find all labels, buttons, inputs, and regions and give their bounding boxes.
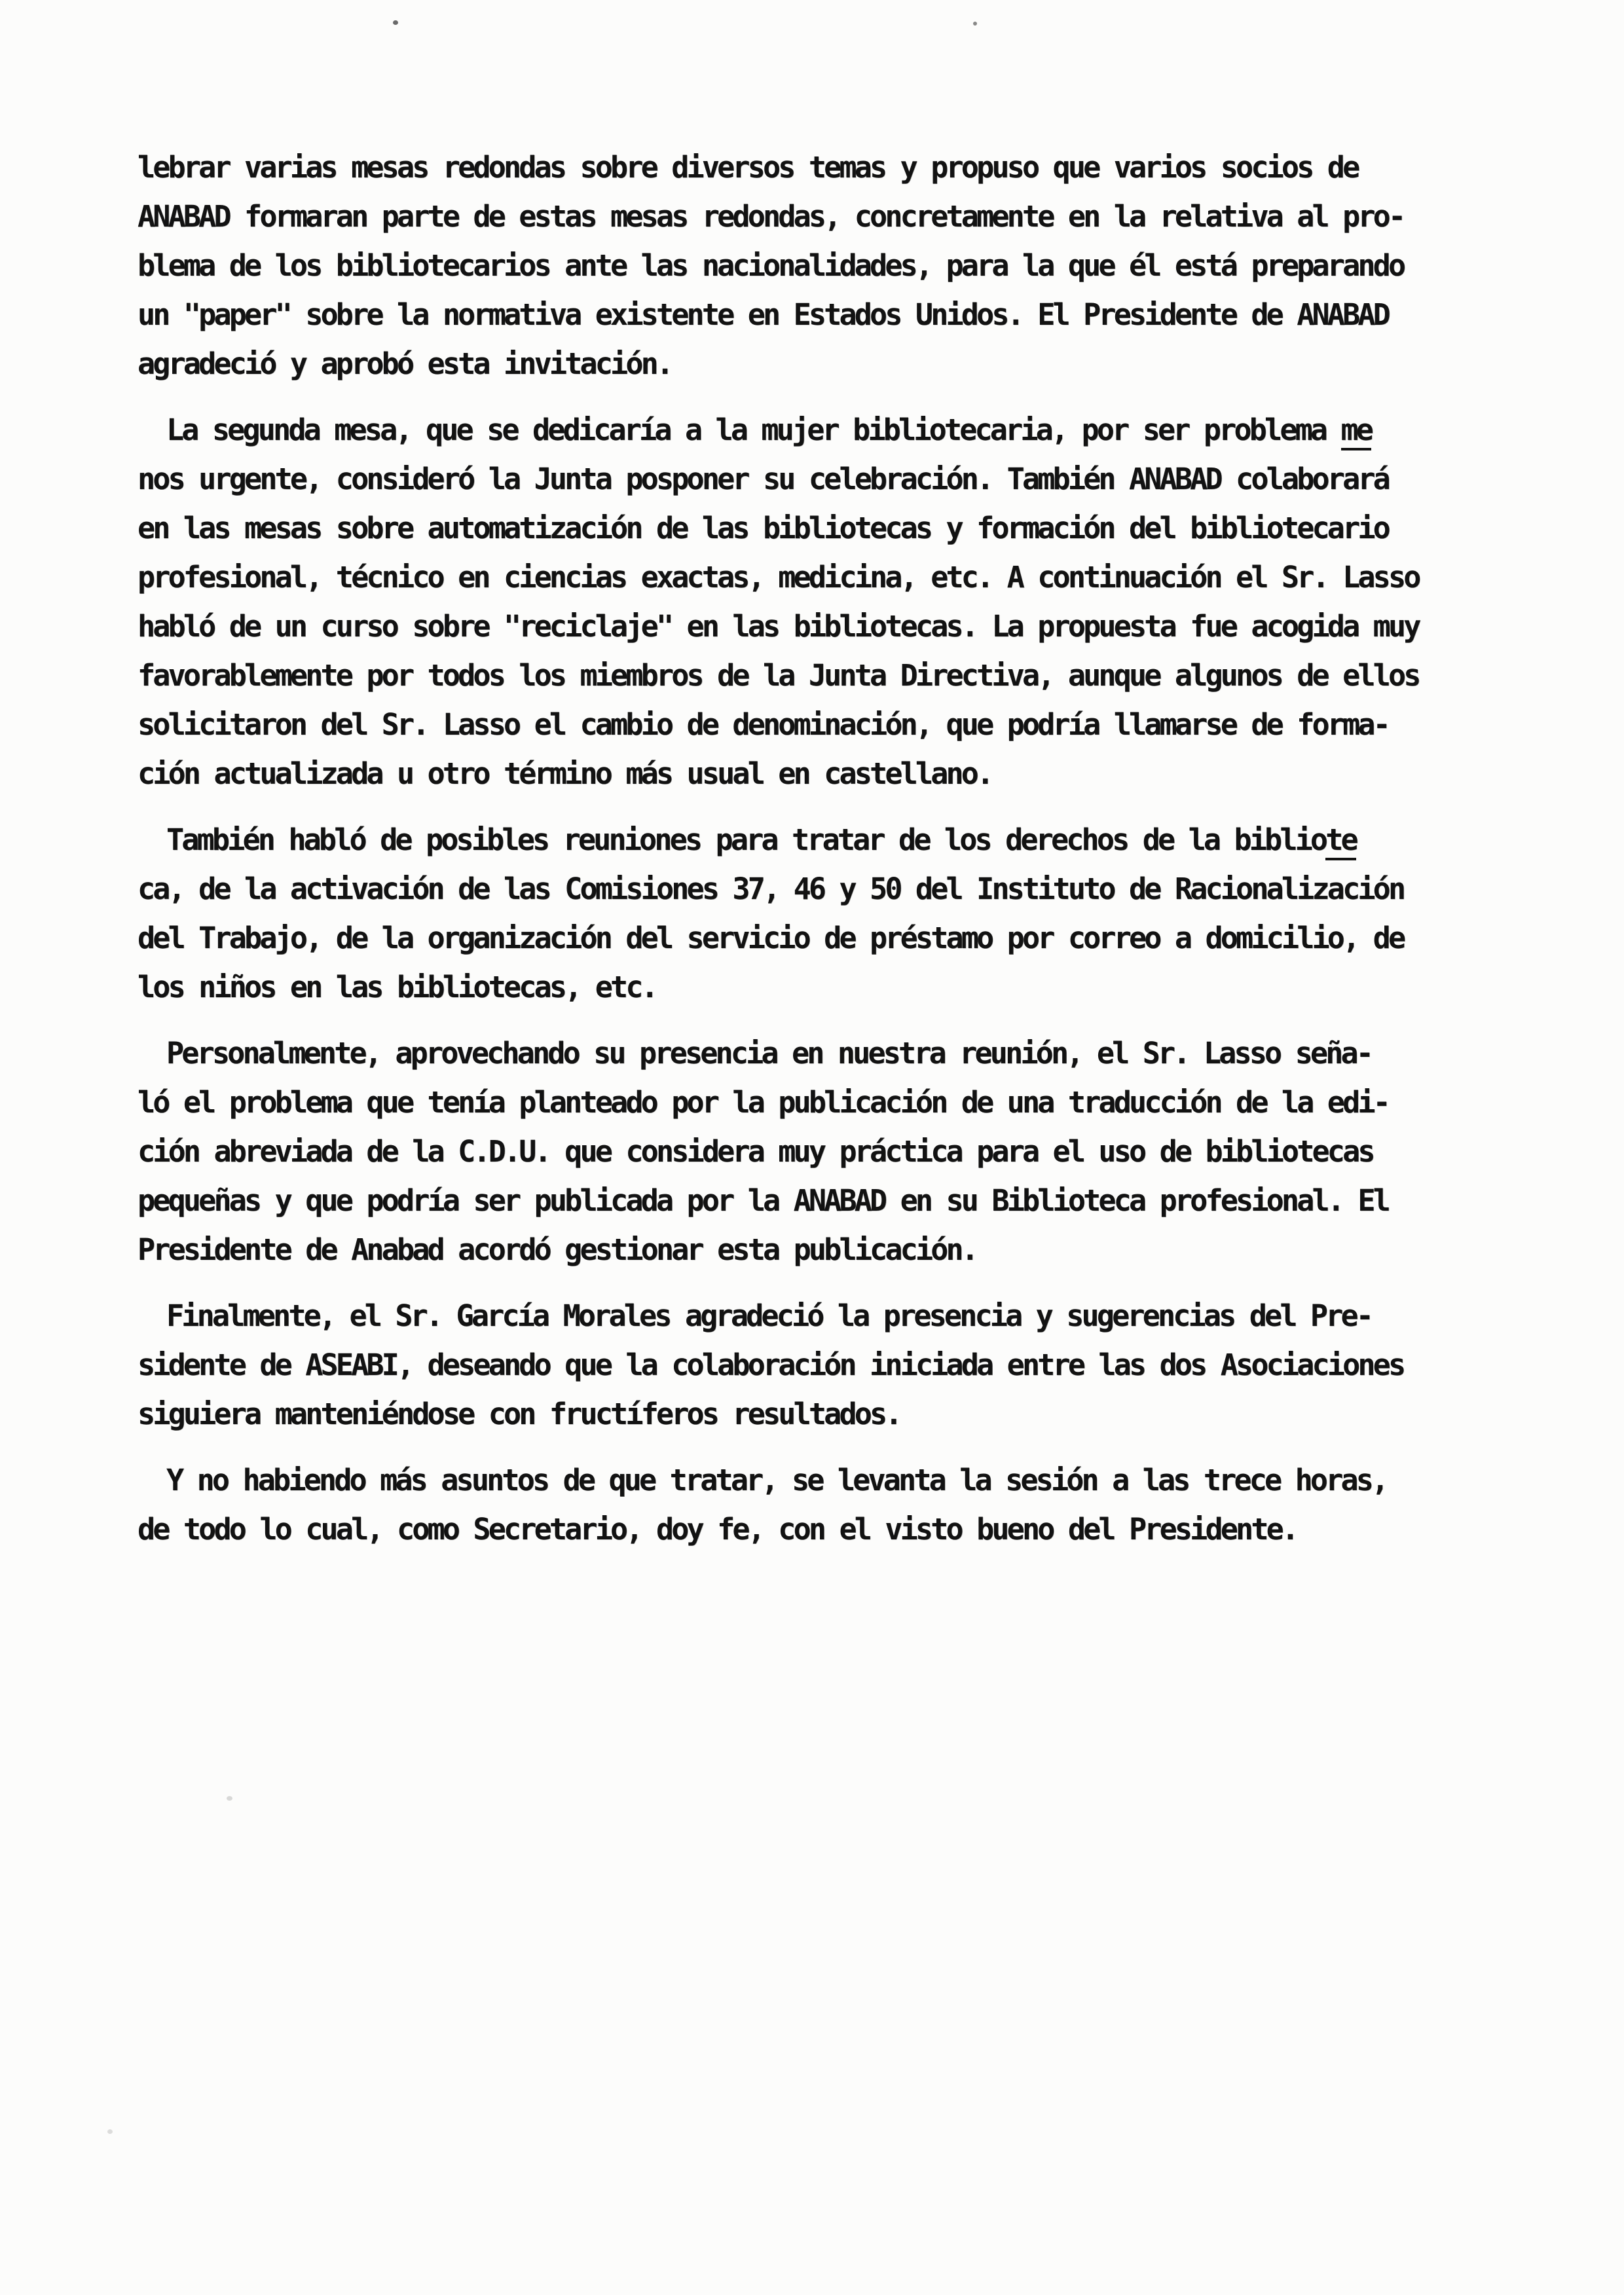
line-text: siguiera manteniéndose con fructíferos r… bbox=[138, 1397, 900, 1431]
paragraph: Y no habiendo más asuntos de que tratar,… bbox=[138, 1456, 1486, 1554]
line-text: ción abreviada de la C.D.U. que consider… bbox=[138, 1134, 1373, 1169]
line-text: Finalmente, el Sr. García Morales agrade… bbox=[166, 1298, 1371, 1333]
text-line: lebrar varias mesas redondas sobre diver… bbox=[138, 143, 1486, 192]
line-text: nos urgente, consideró la Junta posponer… bbox=[138, 462, 1388, 496]
text-line: Y no habiendo más asuntos de que tratar,… bbox=[138, 1456, 1486, 1505]
paragraph: lebrar varias mesas redondas sobre diver… bbox=[138, 143, 1486, 388]
scan-speck bbox=[393, 20, 398, 25]
text-line: Presidente de Anabad acordó gestionar es… bbox=[138, 1225, 1486, 1274]
text-line: sidente de ASEABI, deseando que la colab… bbox=[138, 1340, 1486, 1389]
underlined-text: te bbox=[1325, 822, 1356, 860]
text-line: ANABAD formaran parte de estas mesas red… bbox=[138, 192, 1486, 241]
text-line: siguiera manteniéndose con fructíferos r… bbox=[138, 1389, 1486, 1439]
text-line: en las mesas sobre automatización de las… bbox=[138, 504, 1486, 553]
underlined-text: me bbox=[1341, 413, 1372, 450]
text-line: ca, de la activación de las Comisiones 3… bbox=[138, 864, 1486, 913]
line-text: pequeñas y que podría ser publicada por … bbox=[138, 1183, 1388, 1218]
line-text: favorablemente por todos los miembros de… bbox=[138, 658, 1419, 693]
text-line: pequeñas y que podría ser publicada por … bbox=[138, 1176, 1486, 1225]
line-text: La segunda mesa, que se dedicaría a la m… bbox=[166, 413, 1341, 447]
line-text: agradeció y aprobó esta invitación. bbox=[138, 346, 671, 381]
text-line: habló de un curso sobre "reciclaje" en l… bbox=[138, 602, 1486, 651]
text-line: ción abreviada de la C.D.U. que consider… bbox=[138, 1127, 1486, 1176]
scan-speck bbox=[227, 1796, 232, 1801]
document-page: lebrar varias mesas redondas sobre diver… bbox=[0, 0, 1624, 2295]
text-line: de todo lo cual, como Secretario, doy fe… bbox=[138, 1505, 1486, 1554]
line-text: Personalmente, aprovechando su presencia… bbox=[166, 1036, 1371, 1071]
line-text: lebrar varias mesas redondas sobre diver… bbox=[138, 150, 1357, 185]
text-line: favorablemente por todos los miembros de… bbox=[138, 651, 1486, 700]
text-line: ción actualizada u otro término más usua… bbox=[138, 749, 1486, 798]
text-line: También habló de posibles reuniones para… bbox=[138, 815, 1486, 864]
scan-speck bbox=[973, 22, 977, 26]
paragraph: Personalmente, aprovechando su presencia… bbox=[138, 1029, 1486, 1274]
line-text: profesional, técnico en ciencias exactas… bbox=[138, 560, 1419, 595]
line-text: en las mesas sobre automatización de las… bbox=[138, 511, 1388, 545]
line-text: También habló de posibles reuniones para… bbox=[166, 822, 1325, 857]
text-line: blema de los bibliotecarios ante las nac… bbox=[138, 241, 1486, 290]
text-line: del Trabajo, de la organización del serv… bbox=[138, 913, 1486, 963]
typewritten-text-block: lebrar varias mesas redondas sobre diver… bbox=[138, 143, 1486, 1554]
line-text: Presidente de Anabad acordó gestionar es… bbox=[138, 1232, 976, 1267]
line-text: ción actualizada u otro término más usua… bbox=[138, 756, 991, 791]
line-text: un "paper" sobre la normativa existente … bbox=[138, 297, 1388, 332]
line-text: de todo lo cual, como Secretario, doy fe… bbox=[138, 1512, 1297, 1547]
line-text: los niños en las bibliotecas, etc. bbox=[138, 970, 656, 1004]
text-line: los niños en las bibliotecas, etc. bbox=[138, 963, 1486, 1012]
line-text: sidente de ASEABI, deseando que la colab… bbox=[138, 1348, 1403, 1382]
line-text: ca, de la activación de las Comisiones 3… bbox=[138, 872, 1403, 906]
line-text: del Trabajo, de la organización del serv… bbox=[138, 921, 1403, 955]
paragraph: La segunda mesa, que se dedicaría a la m… bbox=[138, 405, 1486, 798]
line-text: ANABAD formaran parte de estas mesas red… bbox=[138, 199, 1403, 234]
paragraph: También habló de posibles reuniones para… bbox=[138, 815, 1486, 1012]
text-line: Personalmente, aprovechando su presencia… bbox=[138, 1029, 1486, 1078]
text-line: profesional, técnico en ciencias exactas… bbox=[138, 553, 1486, 602]
text-line: solicitaron del Sr. Lasso el cambio de d… bbox=[138, 700, 1486, 749]
text-line: La segunda mesa, que se dedicaría a la m… bbox=[138, 405, 1486, 454]
line-text: ló el problema que tenía planteado por l… bbox=[138, 1085, 1388, 1120]
text-line: agradeció y aprobó esta invitación. bbox=[138, 339, 1486, 388]
paragraph: Finalmente, el Sr. García Morales agrade… bbox=[138, 1291, 1486, 1439]
text-line: ló el problema que tenía planteado por l… bbox=[138, 1078, 1486, 1127]
line-text: Y no habiendo más asuntos de que tratar,… bbox=[166, 1463, 1386, 1497]
line-text: blema de los bibliotecarios ante las nac… bbox=[138, 248, 1403, 283]
text-line: un "paper" sobre la normativa existente … bbox=[138, 290, 1486, 339]
text-line: Finalmente, el Sr. García Morales agrade… bbox=[138, 1291, 1486, 1340]
text-line: nos urgente, consideró la Junta posponer… bbox=[138, 454, 1486, 504]
scan-speck bbox=[107, 2129, 113, 2134]
line-text: habló de un curso sobre "reciclaje" en l… bbox=[138, 609, 1419, 644]
line-text: solicitaron del Sr. Lasso el cambio de d… bbox=[138, 707, 1388, 742]
